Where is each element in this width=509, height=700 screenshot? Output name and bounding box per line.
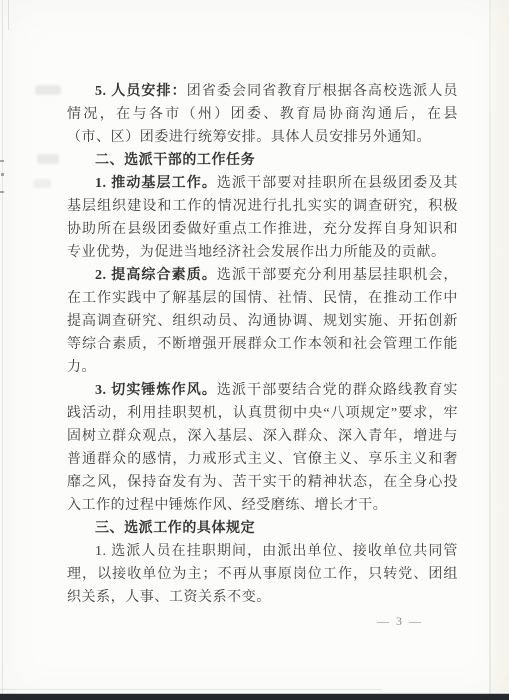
paragraph-temper-work-style: 3. 切实锤炼作风。选派干部要结合党的群众路线教育实践活动，利用挂职契机，认真贯… bbox=[67, 379, 458, 517]
heading-text: 二、选派干部的工作任务 bbox=[95, 153, 255, 168]
heading-section-3-specific-rules: 三、选派工作的具体规定 bbox=[67, 517, 458, 540]
paragraph-lead: 3. 切实锤炼作风。 bbox=[95, 383, 217, 398]
paragraph-promote-grassroots-work: 1. 推动基层工作。选派干部要对挂职所在县级团委及其基层组织建设和工作的情况进行… bbox=[67, 172, 458, 264]
heading-section-2-work-tasks: 二、选派干部的工作任务 bbox=[67, 149, 458, 172]
scan-topleft-line bbox=[8, 0, 9, 30]
scanner-bed-edge bbox=[0, 694, 509, 700]
scan-bottom-shadow-line bbox=[0, 689, 382, 690]
paragraph-lead: 1. 推动基层工作。 bbox=[95, 176, 217, 191]
paragraph-lead: 2. 提高综合素质。 bbox=[95, 268, 217, 283]
paragraph-management-rules: 1. 选派人员在挂职期间，由派出单位、接收单位共同管理，以接收单位为主；不再从事… bbox=[67, 540, 458, 609]
paragraph-text: 选派干部要充分利用基层挂职机会，在工作实践中了解基层的国情、社情、民情，在推动工… bbox=[67, 268, 458, 375]
scan-left-edge-line bbox=[2, 0, 3, 700]
scan-smudge bbox=[37, 154, 59, 164]
scan-speck bbox=[1, 173, 4, 176]
document-body: 5. 人员安排：团省委会同省教育厅根据各高校选派人员情况，在与各市（州）团委、教… bbox=[67, 80, 458, 609]
paragraph-improve-overall-quality: 2. 提高综合素质。选派干部要充分利用基层挂职机会，在工作实践中了解基层的国情、… bbox=[67, 264, 458, 379]
scan-smudge bbox=[33, 179, 51, 188]
scan-speck bbox=[0, 191, 4, 193]
scan-speck bbox=[0, 160, 4, 162]
paragraph-personnel-arrangement: 5. 人员安排：团省委会同省教育厅根据各高校选派人员情况，在与各市（州）团委、教… bbox=[67, 80, 458, 149]
paragraph-lead: 5. 人员安排： bbox=[95, 84, 187, 99]
paragraph-text: 选派干部要结合党的群众路线教育实践活动，利用挂职契机，认真贯彻中央“八项规定”要… bbox=[67, 383, 458, 513]
scan-right-band bbox=[491, 0, 509, 700]
scan-smudge bbox=[35, 85, 61, 95]
scanned-page: 5. 人员安排：团省委会同省教育厅根据各高校选派人员情况，在与各市（州）团委、教… bbox=[0, 0, 509, 700]
page-number: — 3 — bbox=[368, 614, 432, 629]
paragraph-text: 1. 选派人员在挂职期间，由派出单位、接收单位共同管理，以接收单位为主；不再从事… bbox=[67, 544, 458, 605]
heading-text: 三、选派工作的具体规定 bbox=[95, 521, 255, 536]
